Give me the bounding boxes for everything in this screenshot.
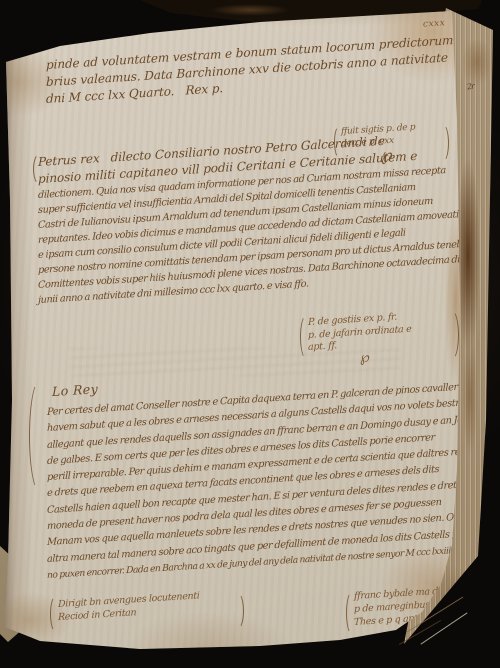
notarial-flourish: ℘ [360,348,411,364]
docket-bracket [452,588,464,634]
royal-heading: Lo Rey [52,381,98,399]
chancery-subscription: P. de gostiis ex p. fr. p. de jafarin or… [308,311,411,368]
manuscript-page: cxxx pinde ad voluntatem vestram e bonum… [0,0,500,668]
closing-entry: pinde ad voluntatem vestram e bonum stat… [46,31,476,108]
latin-entry: Petrus rex dilecto Consiliario nostro Pe… [38,128,471,308]
subscription-bracket [445,310,459,360]
spine-wear-mark [210,4,290,16]
fore-edge-mark: 2r [466,82,474,92]
catalan-entry: Per certes del amat Conseller nostre e C… [47,378,491,584]
folio-number: cxxx [423,18,446,30]
address-docket: Dirigit bn avengues locutenenti Reciod i… [58,589,199,624]
docket-bracket [232,593,244,629]
entry-bracket [29,381,49,491]
manuscript-photo: 2r cxxx pinde ad voluntatem vestram e bo… [0,0,500,668]
